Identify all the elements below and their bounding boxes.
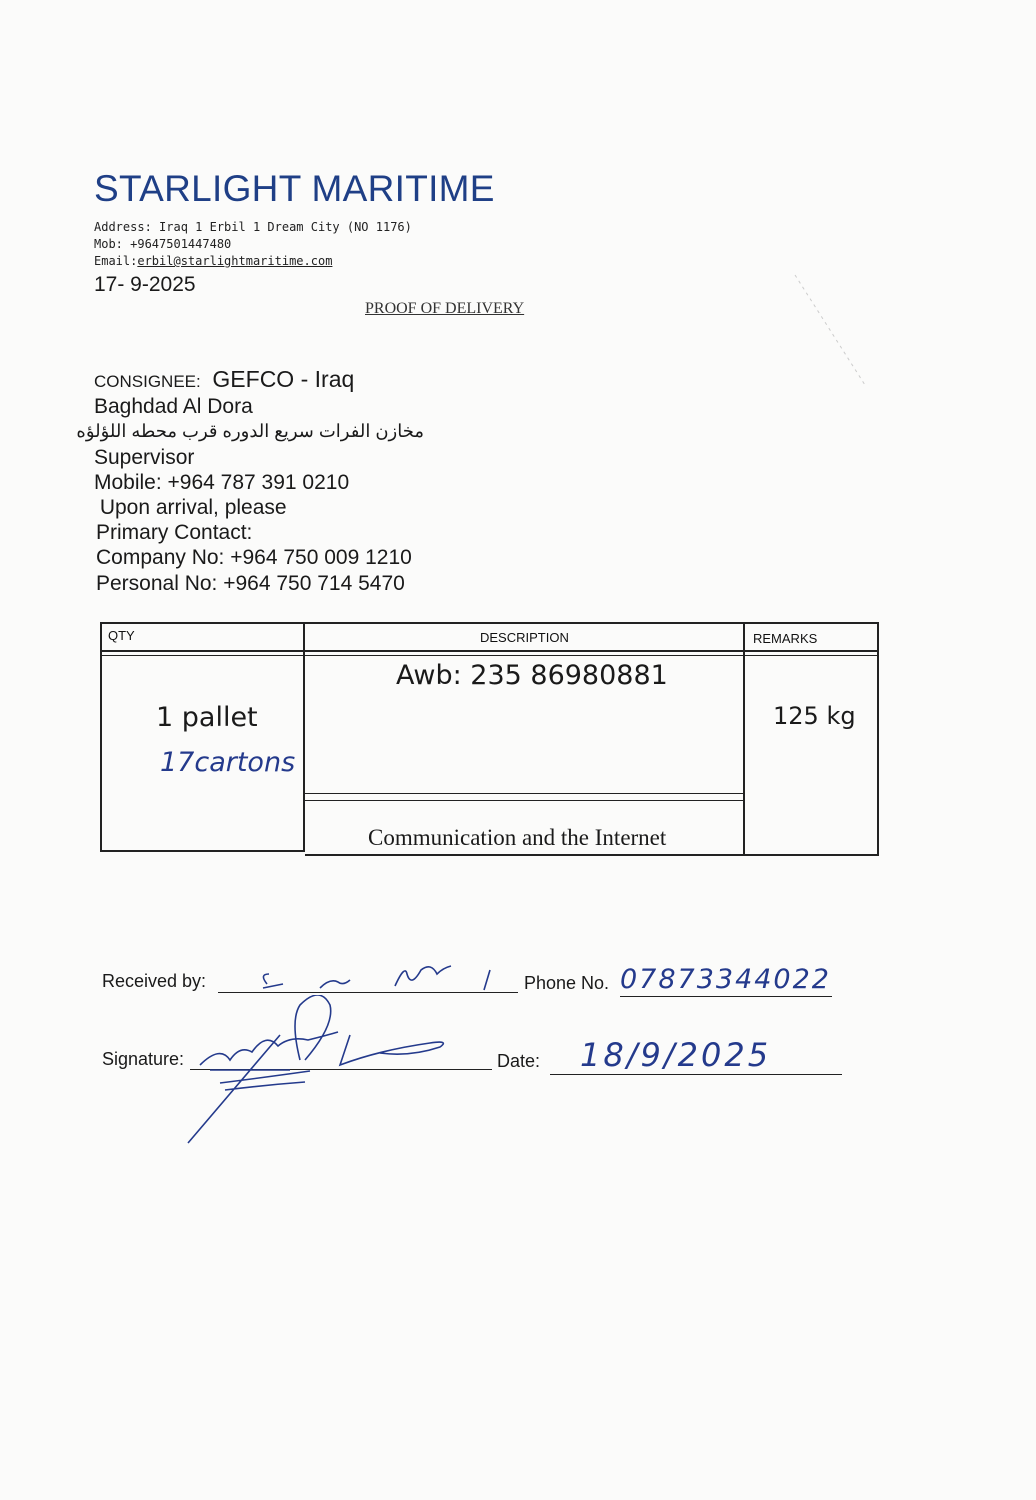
consignee-line: Personal No: +964 750 714 5470: [94, 571, 424, 596]
document-title: PROOF OF DELIVERY: [365, 300, 524, 318]
phone-line: [620, 996, 832, 997]
consignee-name: GEFCO - Iraq: [212, 366, 354, 392]
signature-scribble: [180, 995, 500, 1145]
consignee-label: CONSIGNEE:: [94, 372, 201, 391]
consignee-arabic-address: مخازن الفرات سريع الدوره قرب محطه اللؤلؤ…: [94, 419, 424, 444]
received-by-label: Received by:: [102, 971, 206, 992]
company-mobile: Mob: +9647501447480: [94, 237, 231, 251]
scan-artifact: [790, 270, 870, 390]
remarks-value: 125 kg: [773, 702, 856, 730]
description-value: Communication and the Internet: [368, 825, 666, 851]
column-header-qty: QTY: [108, 628, 135, 643]
consignee-block: CONSIGNEE: GEFCO - Iraq Baghdad Al Dora …: [94, 367, 424, 596]
consignee-line: Supervisor: [94, 445, 424, 470]
consignee-line: Company No: +964 750 009 1210: [94, 545, 424, 570]
column-header-remarks: REMARKS: [753, 631, 817, 646]
consignee-line: Baghdad Al Dora: [94, 394, 424, 419]
date-line: [550, 1074, 842, 1075]
date-label: Date:: [497, 1051, 540, 1072]
phone-label: Phone No.: [524, 973, 609, 994]
received-by-handwriting: [255, 962, 515, 996]
document-date: 17- 9-2025: [94, 273, 196, 297]
qty-handwritten-note: 17cartons: [160, 747, 295, 778]
consignee-line: Upon arrival, please: [94, 495, 424, 520]
company-name: STARLIGHT MARITIME: [94, 168, 495, 210]
column-header-description: DESCRIPTION: [480, 630, 569, 645]
consignee-line: Mobile: +964 787 391 0210: [94, 470, 424, 495]
email-link[interactable]: erbil@starlightmaritime.com: [137, 254, 332, 268]
phone-value: 07873344022: [620, 964, 831, 995]
awb-number: Awb: 235 86980881: [396, 660, 668, 691]
date-value: 18/9/2025: [580, 1036, 771, 1074]
company-email-row: Email:erbil@starlightmaritime.com: [94, 254, 332, 268]
items-table: QTY DESCRIPTION REMARKS 1 pallet 17carto…: [100, 622, 879, 856]
company-address: Address: Iraq 1 Erbil 1 Dream City (NO 1…: [94, 220, 412, 234]
email-label: Email:: [94, 254, 137, 268]
qty-value: 1 pallet: [156, 702, 258, 733]
signature-label: Signature:: [102, 1049, 184, 1070]
consignee-line: Primary Contact:: [94, 520, 424, 545]
